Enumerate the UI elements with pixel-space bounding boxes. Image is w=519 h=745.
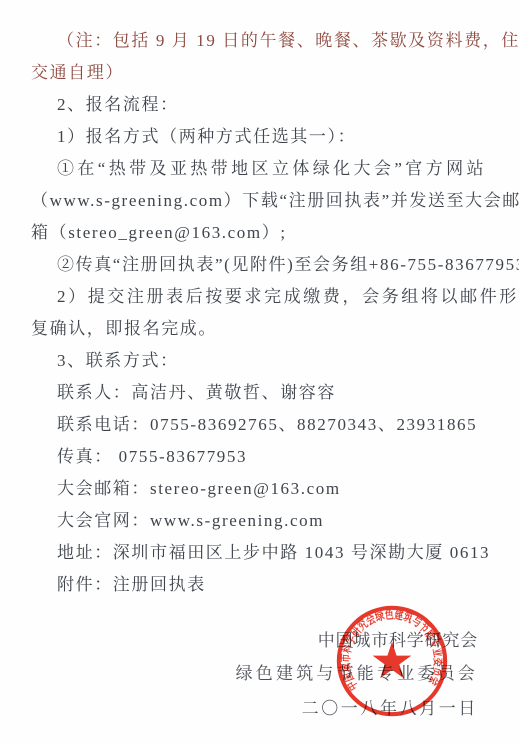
doc-line: 联系人：高洁丹、黄敬哲、谢容容 — [31, 377, 491, 409]
doc-line: 2）提交注册表后按要求完成缴费，会务组将以邮件形式回 — [31, 281, 491, 313]
doc-line: 联系电话：0755-83692765、88270343、23931865 — [31, 409, 491, 441]
doc-line: 大会官网：www.s-greening.com — [31, 505, 491, 537]
doc-line: 1）报名方式（两种方式任选其一）： — [31, 121, 491, 153]
doc-line: （注：包括 9 月 19 日的午餐、晚餐、茶歇及资料费，住宿 — [31, 25, 491, 57]
doc-line: ②传真“注册回执表”(见附件)至会务组+86-755-83677953。 — [31, 249, 491, 281]
doc-line: 箱（stereo_green@163.com）; — [31, 217, 491, 249]
doc-line: 3、联系方式： — [31, 345, 491, 377]
doc-line: 复确认，即报名完成。 — [31, 313, 491, 345]
doc-line: 2、报名流程： — [31, 89, 491, 121]
document-body: （注：包括 9 月 19 日的午餐、晚餐、茶歇及资料费，住宿 交通自理） 2、报… — [31, 25, 491, 601]
doc-line: （www.s-greening.com）下载“注册回执表”并发送至大会邮 — [31, 185, 491, 217]
document-page: （注：包括 9 月 19 日的午餐、晚餐、茶歇及资料费，住宿 交通自理） 2、报… — [0, 0, 519, 745]
doc-line: 地址：深圳市福田区上步中路 1043 号深勘大厦 0613 — [31, 537, 491, 569]
official-seal: 中国城市科学研究会绿色建筑与节能专业委员会 — [334, 603, 450, 719]
doc-line: ①在“热带及亚热带地区立体绿化大会”官方网站 — [31, 153, 491, 185]
doc-line: 传真： 0755-83677953 — [31, 441, 491, 473]
doc-line: 附件：注册回执表 — [31, 569, 491, 601]
doc-line: 大会邮箱：stereo-green@163.com — [31, 473, 491, 505]
seal-star-icon — [373, 642, 412, 679]
doc-line: 交通自理） — [31, 57, 491, 89]
